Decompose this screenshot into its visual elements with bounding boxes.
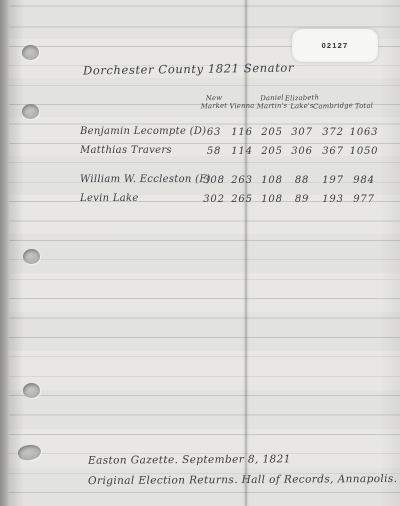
vote-count: 263 [231,175,253,186]
table-header: New Market Vienna Daniel Martin's Elizab… [0,94,400,114]
vote-count: 88 [295,175,309,186]
document-title: Dorchester County 1821 Senator [83,61,294,78]
table-row: Benjamin Lecompte (D) 63 116 205 307 372… [0,126,400,142]
table-row: Matthias Travers 58 114 205 306 367 1050 [0,145,400,161]
column-header-lakes-line2: Lake's [290,102,314,111]
scanned-document-page: 02127 Dorchester County 1821 Senator New… [0,0,400,506]
vote-count: 307 [291,127,313,138]
column-header-vienna: Vienna [229,102,254,111]
table-row: William W. Eccleston (F) 308 263 108 88 … [0,174,400,190]
vote-total: 1063 [350,127,379,138]
vote-count: 108 [261,175,283,186]
vote-count: 193 [322,194,344,205]
source-citation-line-2: Original Election Returns. Hall of Recor… [88,473,398,487]
vertical-crease [245,0,247,506]
punch-hole [22,45,39,60]
vote-count: 63 [207,127,221,138]
vote-count: 108 [261,194,283,205]
column-header-cambridge: Cambridge [313,101,353,110]
vote-count: 308 [203,175,225,186]
vote-count: 302 [203,194,225,205]
vote-total: 977 [353,194,375,205]
vote-count: 372 [322,127,344,138]
vote-count: 205 [261,146,283,157]
punch-hole [23,383,40,398]
column-header-martins-line2: Martin's [257,101,288,110]
column-header-total: Total [355,102,373,111]
scan-left-edge-shadow [9,0,23,506]
source-citation-line-1: Easton Gazette. September 8, 1821 [88,453,291,466]
vote-count: 306 [291,146,313,157]
scan-left-edge [0,0,9,506]
vote-total: 1050 [350,146,379,157]
column-header-newmarket-line2: Market [201,102,228,111]
archival-stamp: 02127 [292,29,378,62]
vote-count: 116 [231,127,253,138]
vote-count: 367 [322,146,344,157]
vote-total: 984 [353,175,375,186]
candidate-name: Matthias Travers [80,145,172,156]
vote-count: 114 [231,146,253,157]
punch-hole [23,249,40,264]
vote-count: 58 [207,146,221,157]
vote-count: 265 [231,194,253,205]
vote-count: 205 [261,127,283,138]
stamp-number: 02127 [322,41,349,50]
candidate-name: William W. Eccleston (F) [80,174,211,185]
vote-count: 89 [295,194,309,205]
table-row: Levin Lake 302 265 108 89 193 977 [0,193,400,209]
candidate-name: Benjamin Lecompte (D) [80,126,206,137]
vote-count: 197 [322,175,344,186]
candidate-name: Levin Lake [80,193,139,204]
ruled-paper-background [0,0,400,506]
